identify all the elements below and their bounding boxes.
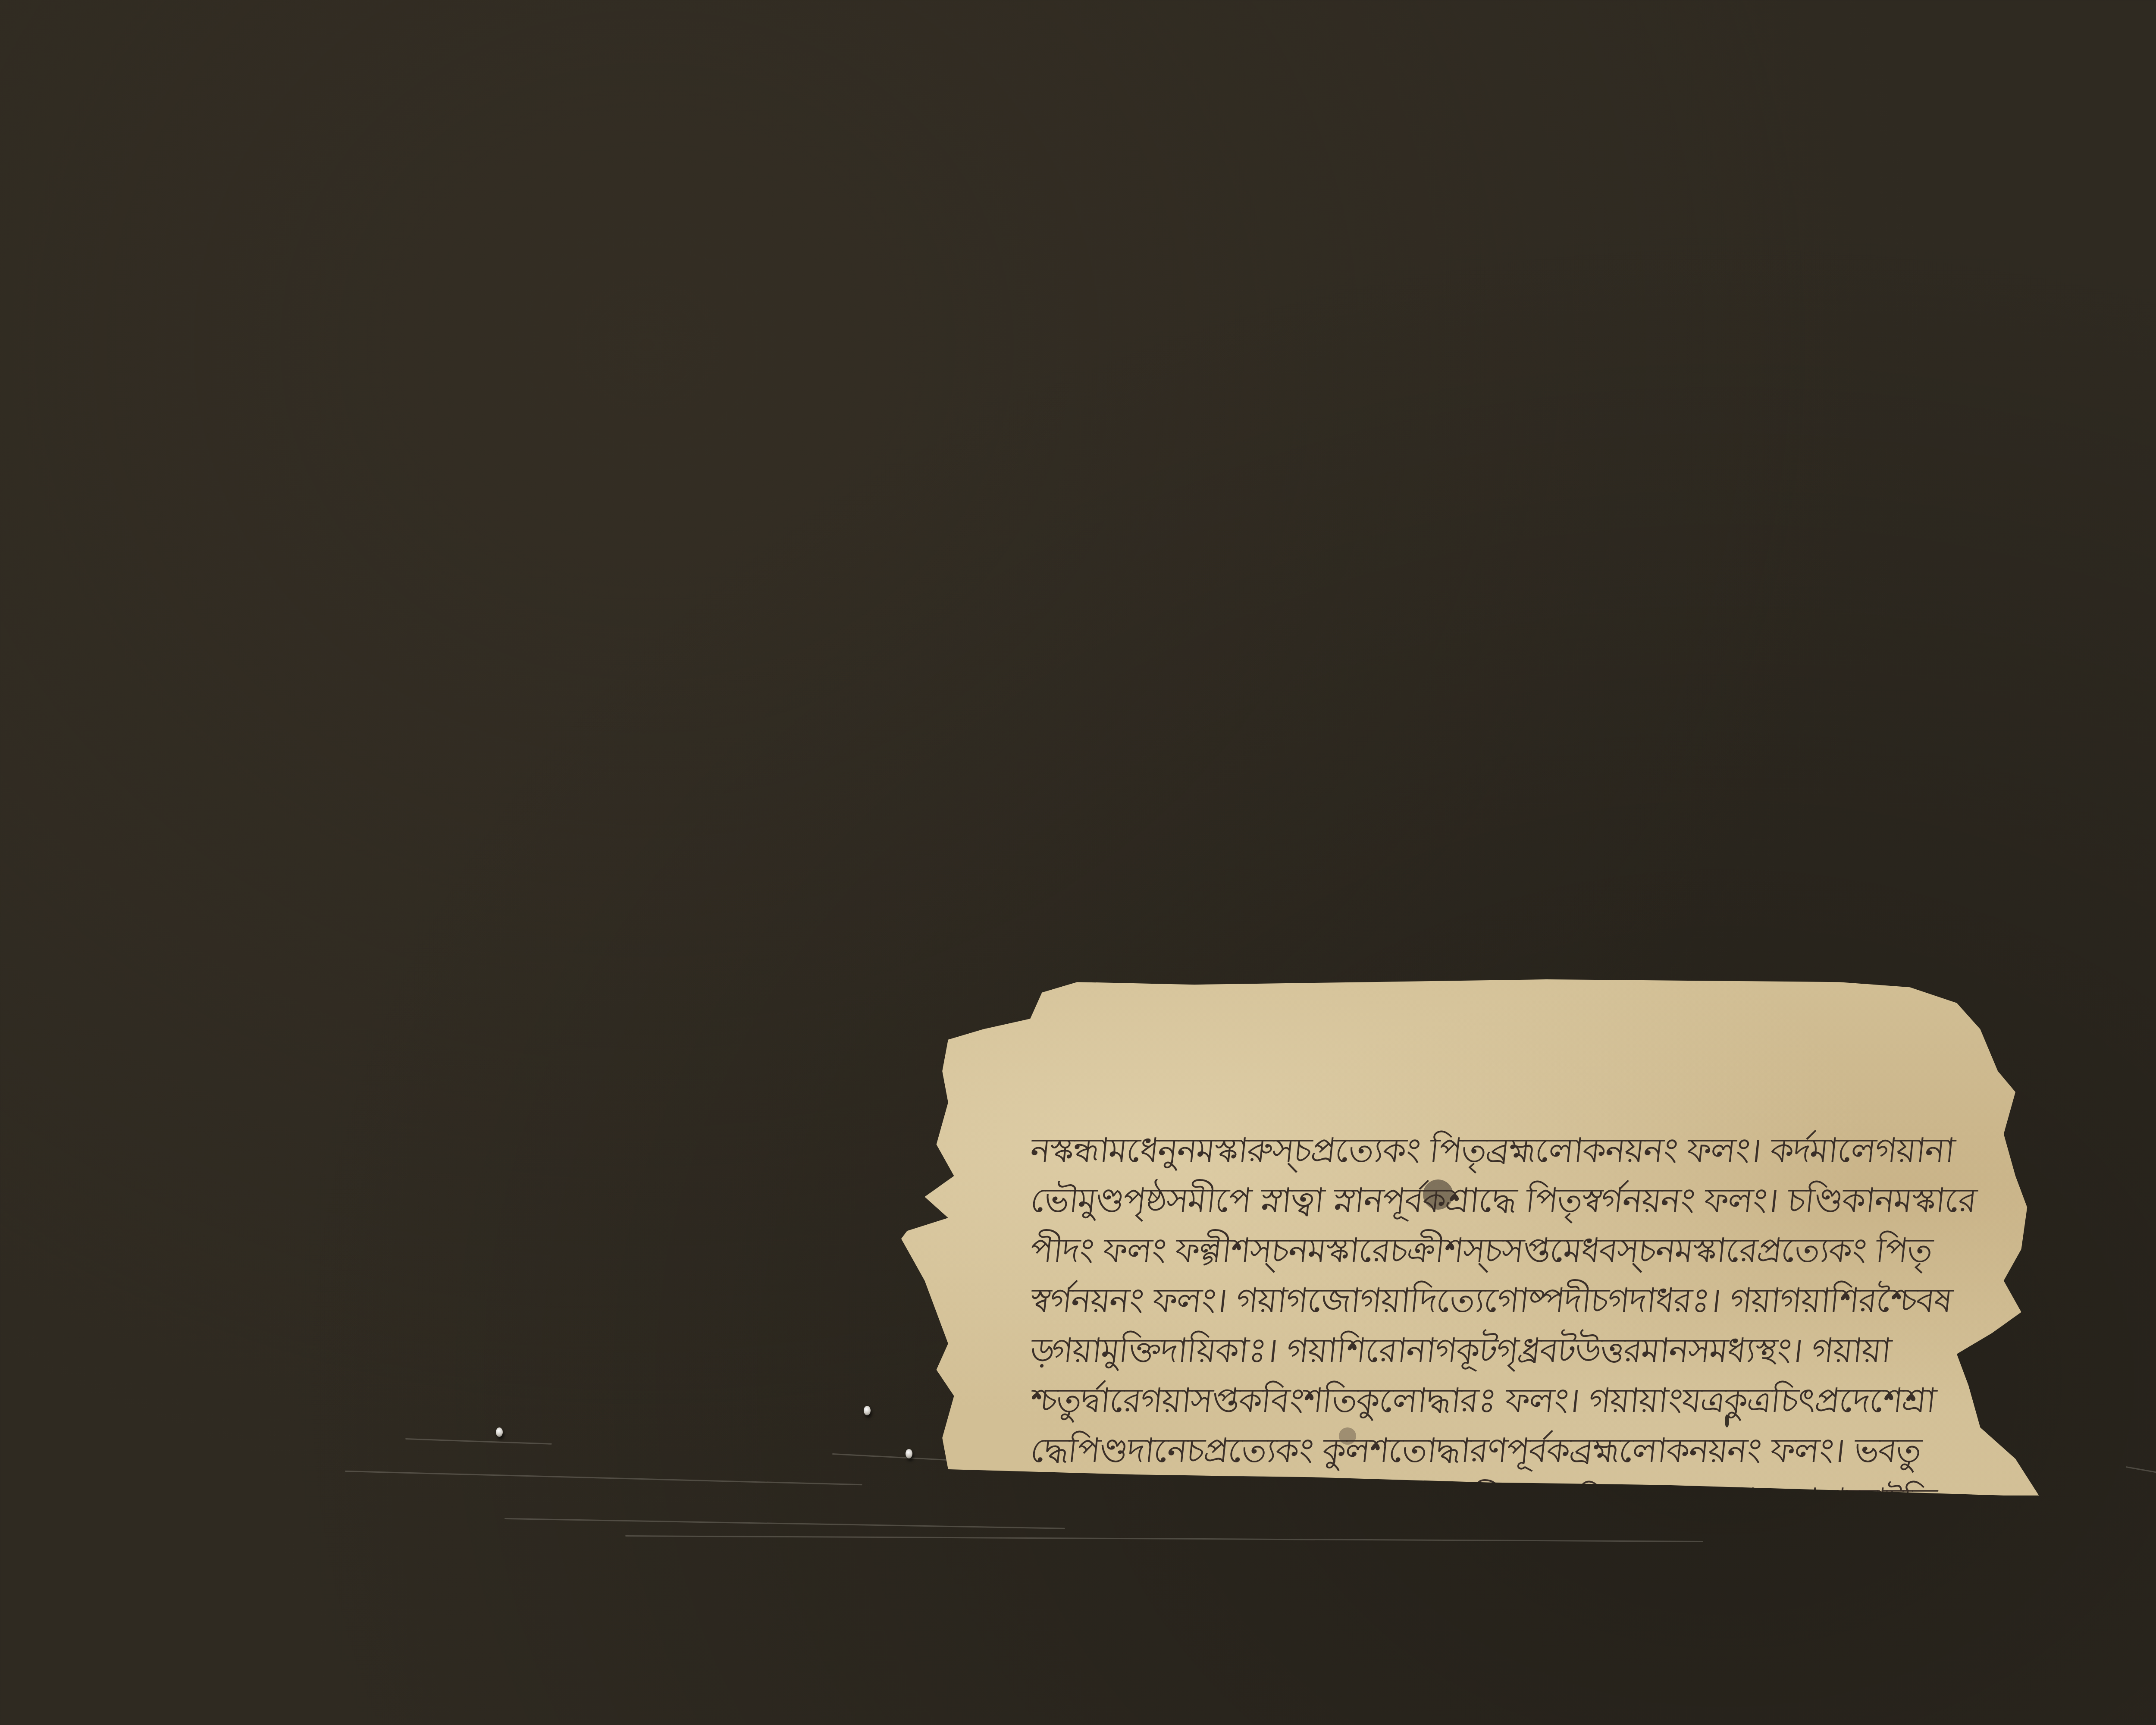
mounting-thread <box>405 1438 552 1445</box>
mounting-thread <box>345 1471 862 1485</box>
manuscript-line-7: দ্ধেপিণ্ডদানেচপ্রত্যেকং কুলশতোদ্ধারণপূর্… <box>1028 1426 1990 1476</box>
manuscript-fragment: নস্কন্ধামধেনুনমস্কারুস্চপ্রত্যেকং পিতৃব্… <box>901 977 2074 1501</box>
mounting-thread <box>2126 1466 2156 1490</box>
mounting-thread <box>505 1518 1065 1529</box>
manuscript-line-5: ড়্গয়ামুক্তিদায়িকাঃ। গয়াশিরোনাগকূটগৃধ… <box>1028 1326 1990 1376</box>
mounting-pin <box>906 1449 912 1458</box>
manuscript-line-2: ভৌমুণ্ডপৃষ্ঠসমীপে স্নাত্বা স্নানপূর্বকশ্… <box>1028 1176 1990 1226</box>
manuscript-text: নস্কন্ধামধেনুনমস্কারুস্চপ্রত্যেকং পিতৃব্… <box>1031 1126 1988 1526</box>
manuscript-line-4: স্বর্গনয়নং ফলং। গয়াগজোগয়াদিত্যেগোষ্পদ… <box>1028 1276 1990 1326</box>
manuscript-line-1: নস্কন্ধামধেনুনমস্কারুস্চপ্রত্যেকং পিতৃব্… <box>1028 1126 1990 1176</box>
manuscript-line-3: পীদং ফলং ফল্গীশস্চনমস্কারেচক্রীশস্চসপ্তম… <box>1028 1226 1990 1276</box>
manuscript-line-6: শ্চতুর্দ্বারেগয়াসপ্তকবিংশতিকুলোদ্ধারঃ ফ… <box>1028 1376 1990 1426</box>
mounting-thread <box>625 1535 1703 1542</box>
mounting-pin <box>864 1406 871 1415</box>
mounting-pin <box>496 1427 503 1437</box>
